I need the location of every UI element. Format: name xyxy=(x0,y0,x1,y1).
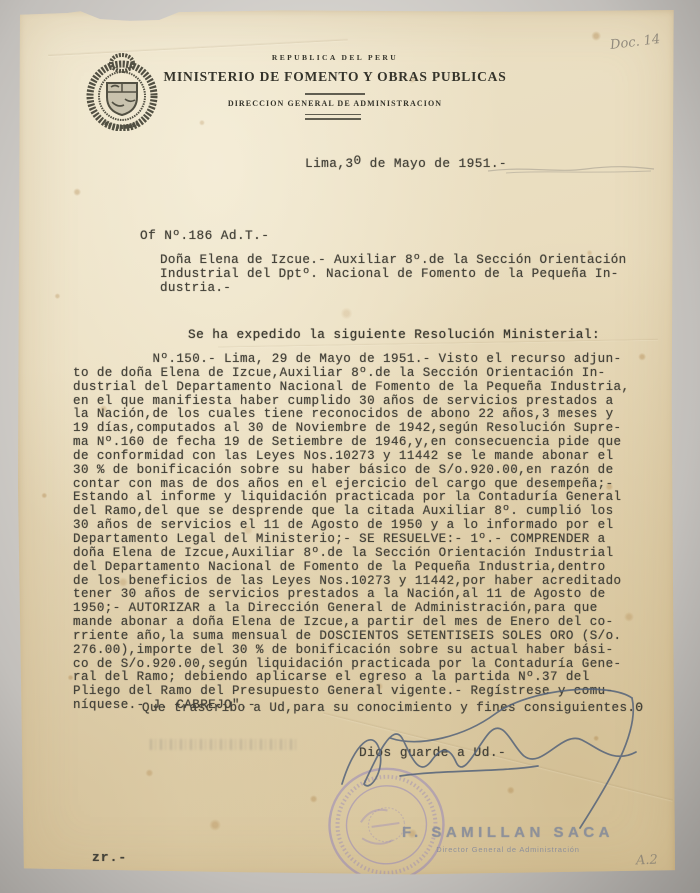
intro-line: Se ha expedido la siguiente Resolución M… xyxy=(188,327,600,342)
doc-number-annotation: Doc. 14 xyxy=(609,32,661,53)
dateline-superscript: 0 xyxy=(353,153,361,168)
signatory-title-stamp: Director General de Administración xyxy=(378,845,638,854)
resolution-text: Nº.150.- Lima, 29 de Mayo de 1951.- Vist… xyxy=(73,353,648,713)
addressee-block: Doña Elena de Izcue.- Auxiliar 8º.de la … xyxy=(160,253,627,296)
handwritten-signature xyxy=(280,686,660,836)
letterhead-ministry: MINISTERIO DE FOMENTO Y OBRAS PUBLICAS xyxy=(120,69,550,85)
page-number-annotation: A.2 xyxy=(636,853,658,869)
dateline-prefix: Lima,3 xyxy=(305,156,353,171)
letterhead-country: REPUBLICA DEL PERU xyxy=(120,53,550,62)
letter-paper: REPUBLICA DEL PERU MINISTERIO DE FOMENTO… xyxy=(18,10,675,877)
dateline: Lima,30 de Mayo de 1951.- xyxy=(305,156,507,171)
letterhead-rule xyxy=(305,93,365,95)
office-reference-number: Of Nº.186 Ad.T.- xyxy=(140,228,269,243)
letterhead-rule xyxy=(305,114,361,120)
pencil-stroke xyxy=(486,162,656,176)
typist-initials: zr.- xyxy=(92,850,127,865)
letterhead-department: DIRECCION GENERAL DE ADMINISTRACION xyxy=(120,99,550,108)
ink-offset-ghost xyxy=(150,739,300,750)
signatory-name-stamp: F. SAMILLAN SACA xyxy=(358,824,658,841)
